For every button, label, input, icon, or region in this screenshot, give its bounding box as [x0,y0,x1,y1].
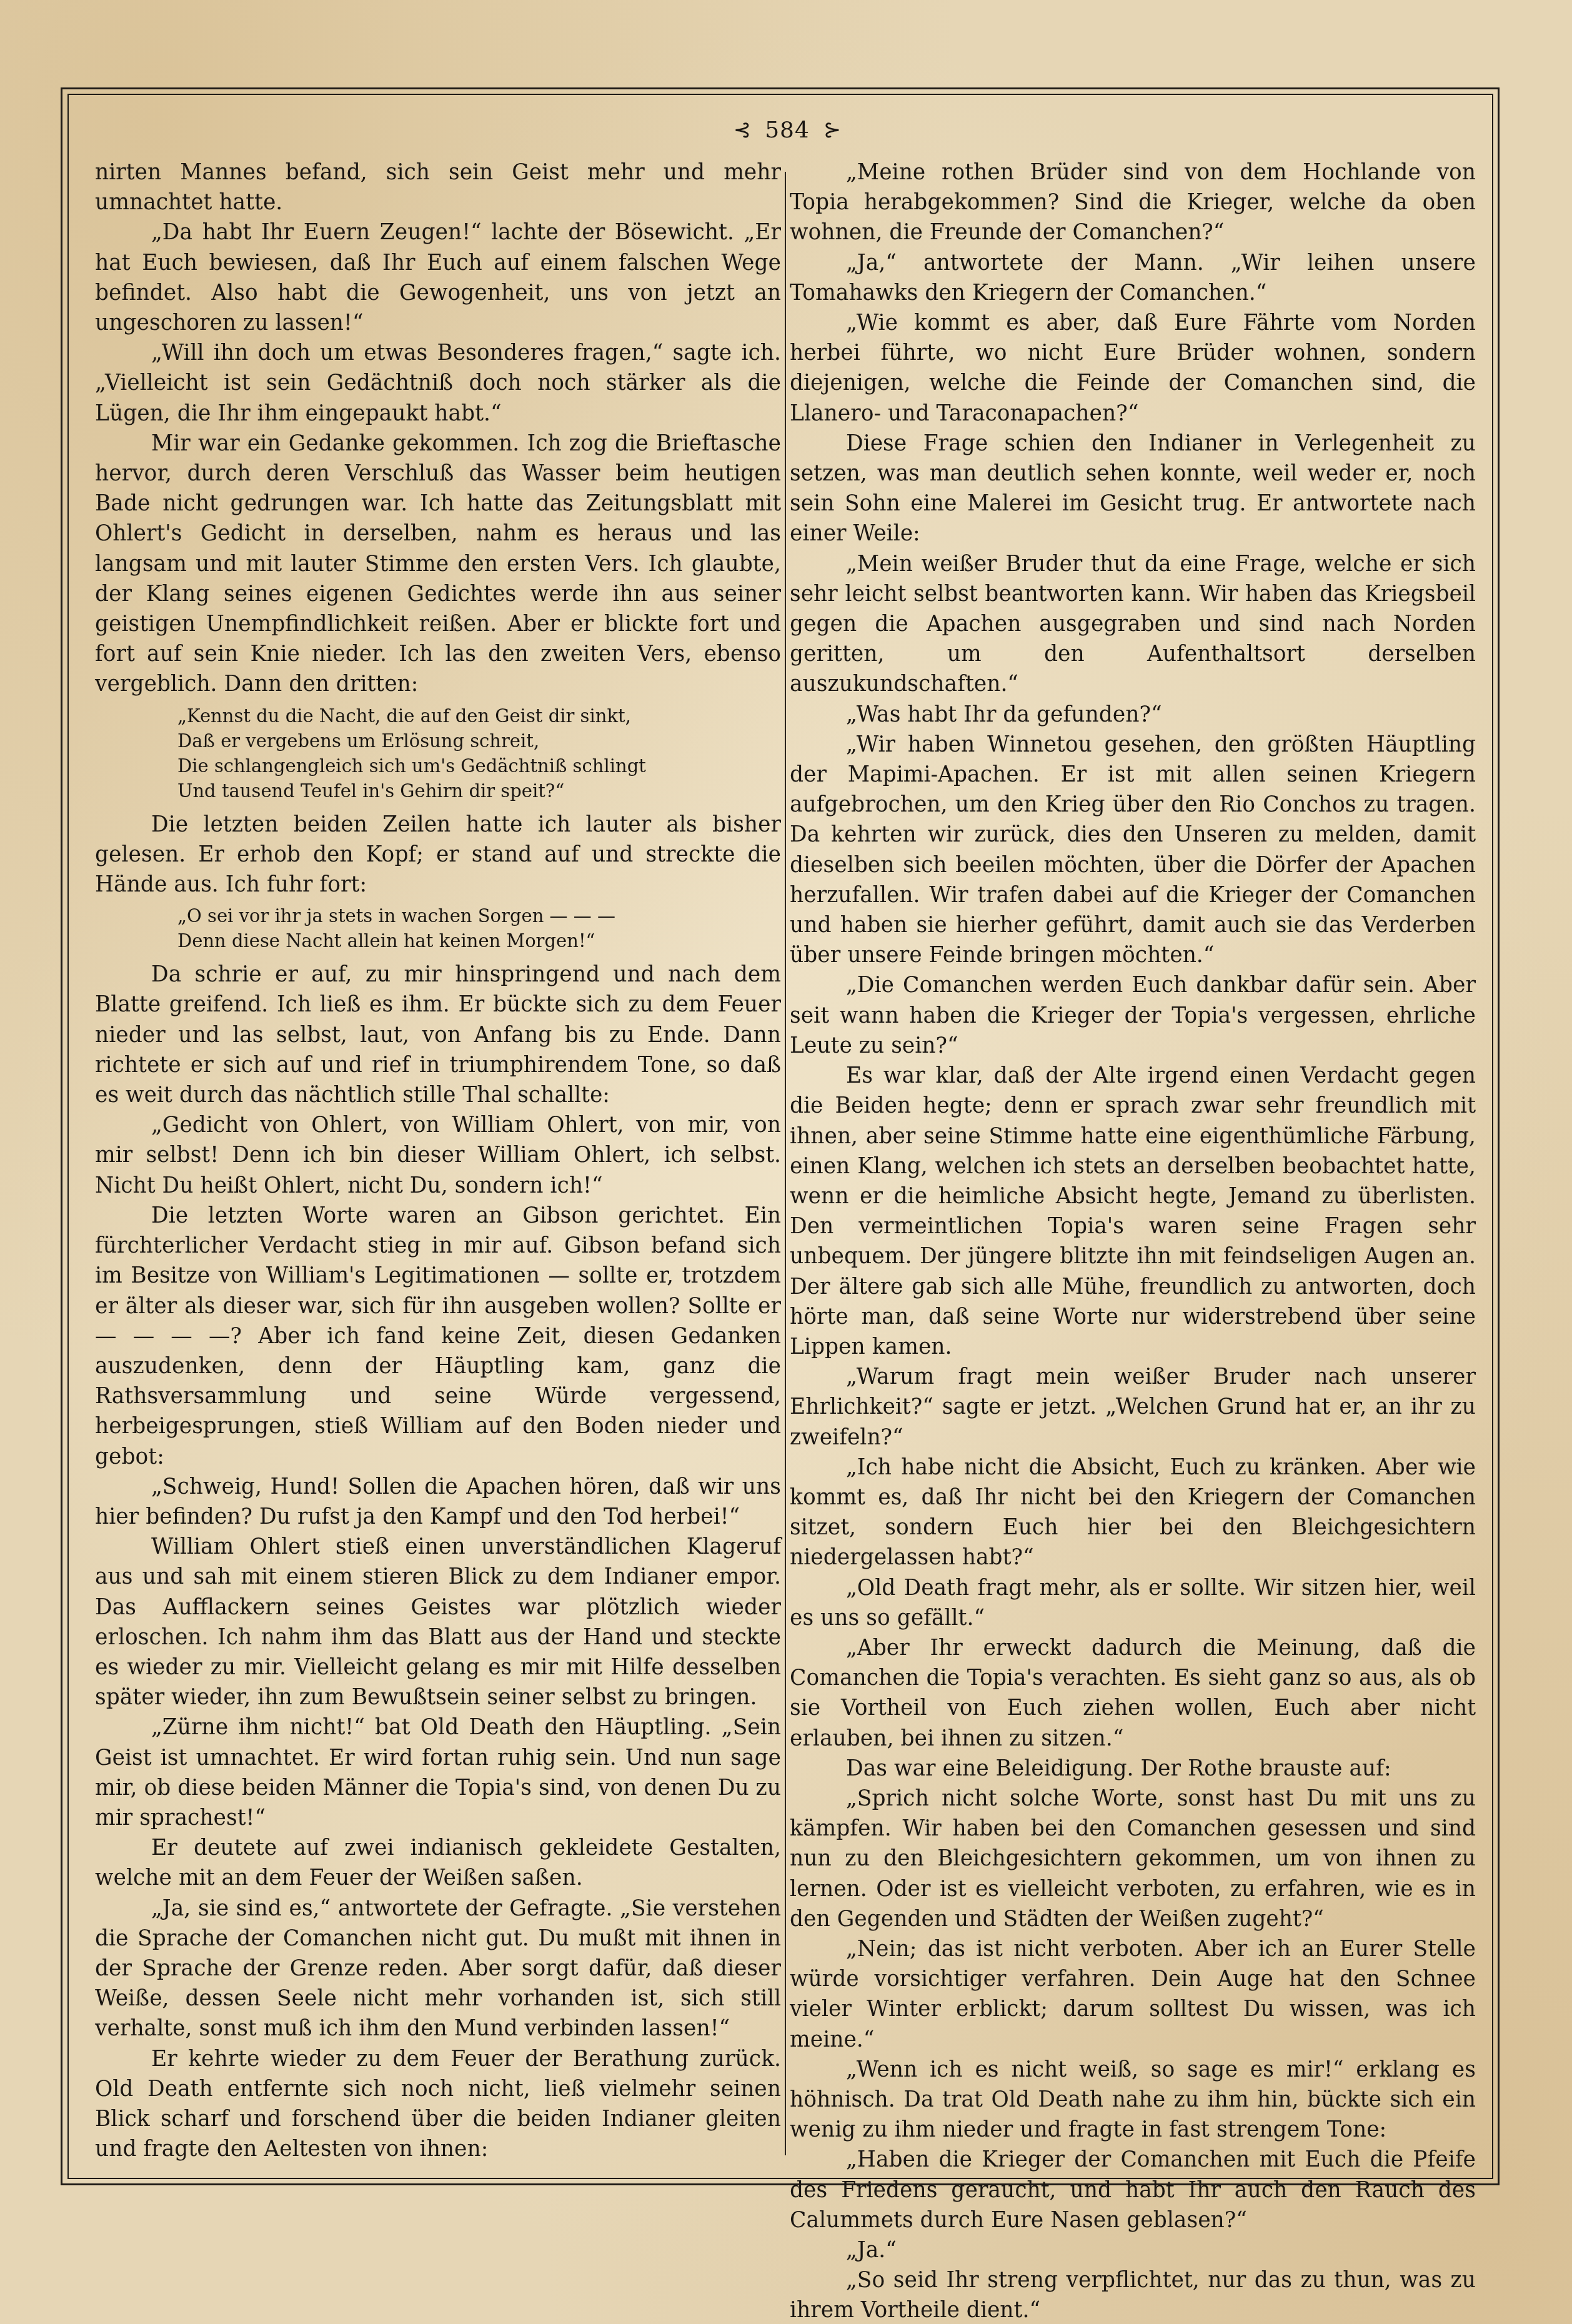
paragraph: „Sprich nicht solche Worte, sonst hast D… [790,1784,1476,1934]
paragraph: William Ohlert stieß einen unverständlic… [95,1532,781,1712]
paragraph: Diese Frage schien den Indianer in Verle… [790,429,1476,549]
paragraph: „Ja, sie sind es,“ antwortete der Gefrag… [95,1894,781,2044]
paragraph: Es war klar, daß der Alte irgend einen V… [790,1061,1476,1362]
paragraph: „Ja,“ antwortete der Mann. „Wir leihen u… [790,248,1476,308]
paragraph: Die letzten Worte waren an Gibson gerich… [95,1201,781,1472]
paragraph: „Aber Ihr erweckt dadurch die Meinung, d… [790,1633,1476,1754]
page-number: 584 [765,117,810,143]
paragraph: Er deutete auf zwei indianisch gekleidet… [95,1833,781,1893]
paragraph: „Will ihn doch um etwas Besonderes frage… [95,338,781,429]
paragraph: „So seid Ihr streng verpflichtet, nur da… [790,2265,1476,2324]
paragraph: „Old Death fragt mehr, als er sollte. Wi… [790,1573,1476,1633]
left-column: nirten Mannes befand, sich sein Geist me… [95,157,781,2164]
column-divider [785,172,786,2155]
paragraph: „Ja.“ [790,2235,1476,2265]
verse-line: Die schlangengleich sich um's Gedächtniß… [177,753,781,778]
verse-line: „Kennst du die Nacht, die auf den Geist … [177,703,781,728]
verse-line: Und tausend Teufel in's Gehirn dir speit… [177,778,781,803]
verse-line: „O sei vor ihr ja stets in wachen Sorgen… [177,903,781,928]
paragraph: „Mein weißer Bruder thut da eine Frage, … [790,549,1476,700]
right-column: „Meine rothen Brüder sind von dem Hochla… [790,157,1476,2324]
poem-verse-3: „Kennst du die Nacht, die auf den Geist … [177,703,781,803]
paragraph: Die letzten beiden Zeilen hatte ich laut… [95,810,781,900]
page-header: ⊰ 584 ⊱ [706,117,868,142]
paragraph: „Schweig, Hund! Sollen die Apachen hören… [95,1472,781,1532]
paragraph: Da schrie er auf, zu mir hinspringend un… [95,960,781,1110]
paragraph: Er kehrte wieder zu dem Feuer der Berath… [95,2044,781,2165]
paragraph: „Gedicht von Ohlert, von William Ohlert,… [95,1110,781,1201]
paragraph: „Haben die Krieger der Comanchen mit Euc… [790,2145,1476,2235]
ornament-left-icon: ⊰ [734,119,752,141]
paragraph: „Wenn ich es nicht weiß, so sage es mir!… [790,2055,1476,2145]
paragraph: „Wir haben Winnetou gesehen, den größten… [790,730,1476,971]
verse-line: Daß er vergebens um Erlösung schreit, [177,728,781,753]
paragraph: Das war eine Beleidigung. Der Rothe brau… [790,1754,1476,1784]
poem-verse-4: „O sei vor ihr ja stets in wachen Sorgen… [177,903,781,953]
paragraph: „Ich habe nicht die Absicht, Euch zu krä… [790,1452,1476,1573]
paragraph: „Warum fragt mein weißer Bruder nach uns… [790,1362,1476,1452]
paragraph: Mir war ein Gedanke gekommen. Ich zog di… [95,429,781,700]
verse-line: Denn diese Nacht allein hat keinen Morge… [177,928,781,953]
paragraph: „Die Comanchen werden Euch dankbar dafür… [790,970,1476,1061]
paragraph: „Was habt Ihr da gefunden?“ [790,700,1476,730]
paragraph: „Nein; das ist nicht verboten. Aber ich … [790,1934,1476,2055]
ornament-right-icon: ⊱ [823,119,842,141]
paragraph: „Zürne ihm nicht!“ bat Old Death den Häu… [95,1712,781,1833]
paragraph: „Meine rothen Brüder sind von dem Hochla… [790,157,1476,248]
paragraph: nirten Mannes befand, sich sein Geist me… [95,157,781,217]
paragraph: „Da habt Ihr Euern Zeugen!“ lachte der B… [95,217,781,338]
paragraph: „Wie kommt es aber, daß Eure Fährte vom … [790,308,1476,429]
